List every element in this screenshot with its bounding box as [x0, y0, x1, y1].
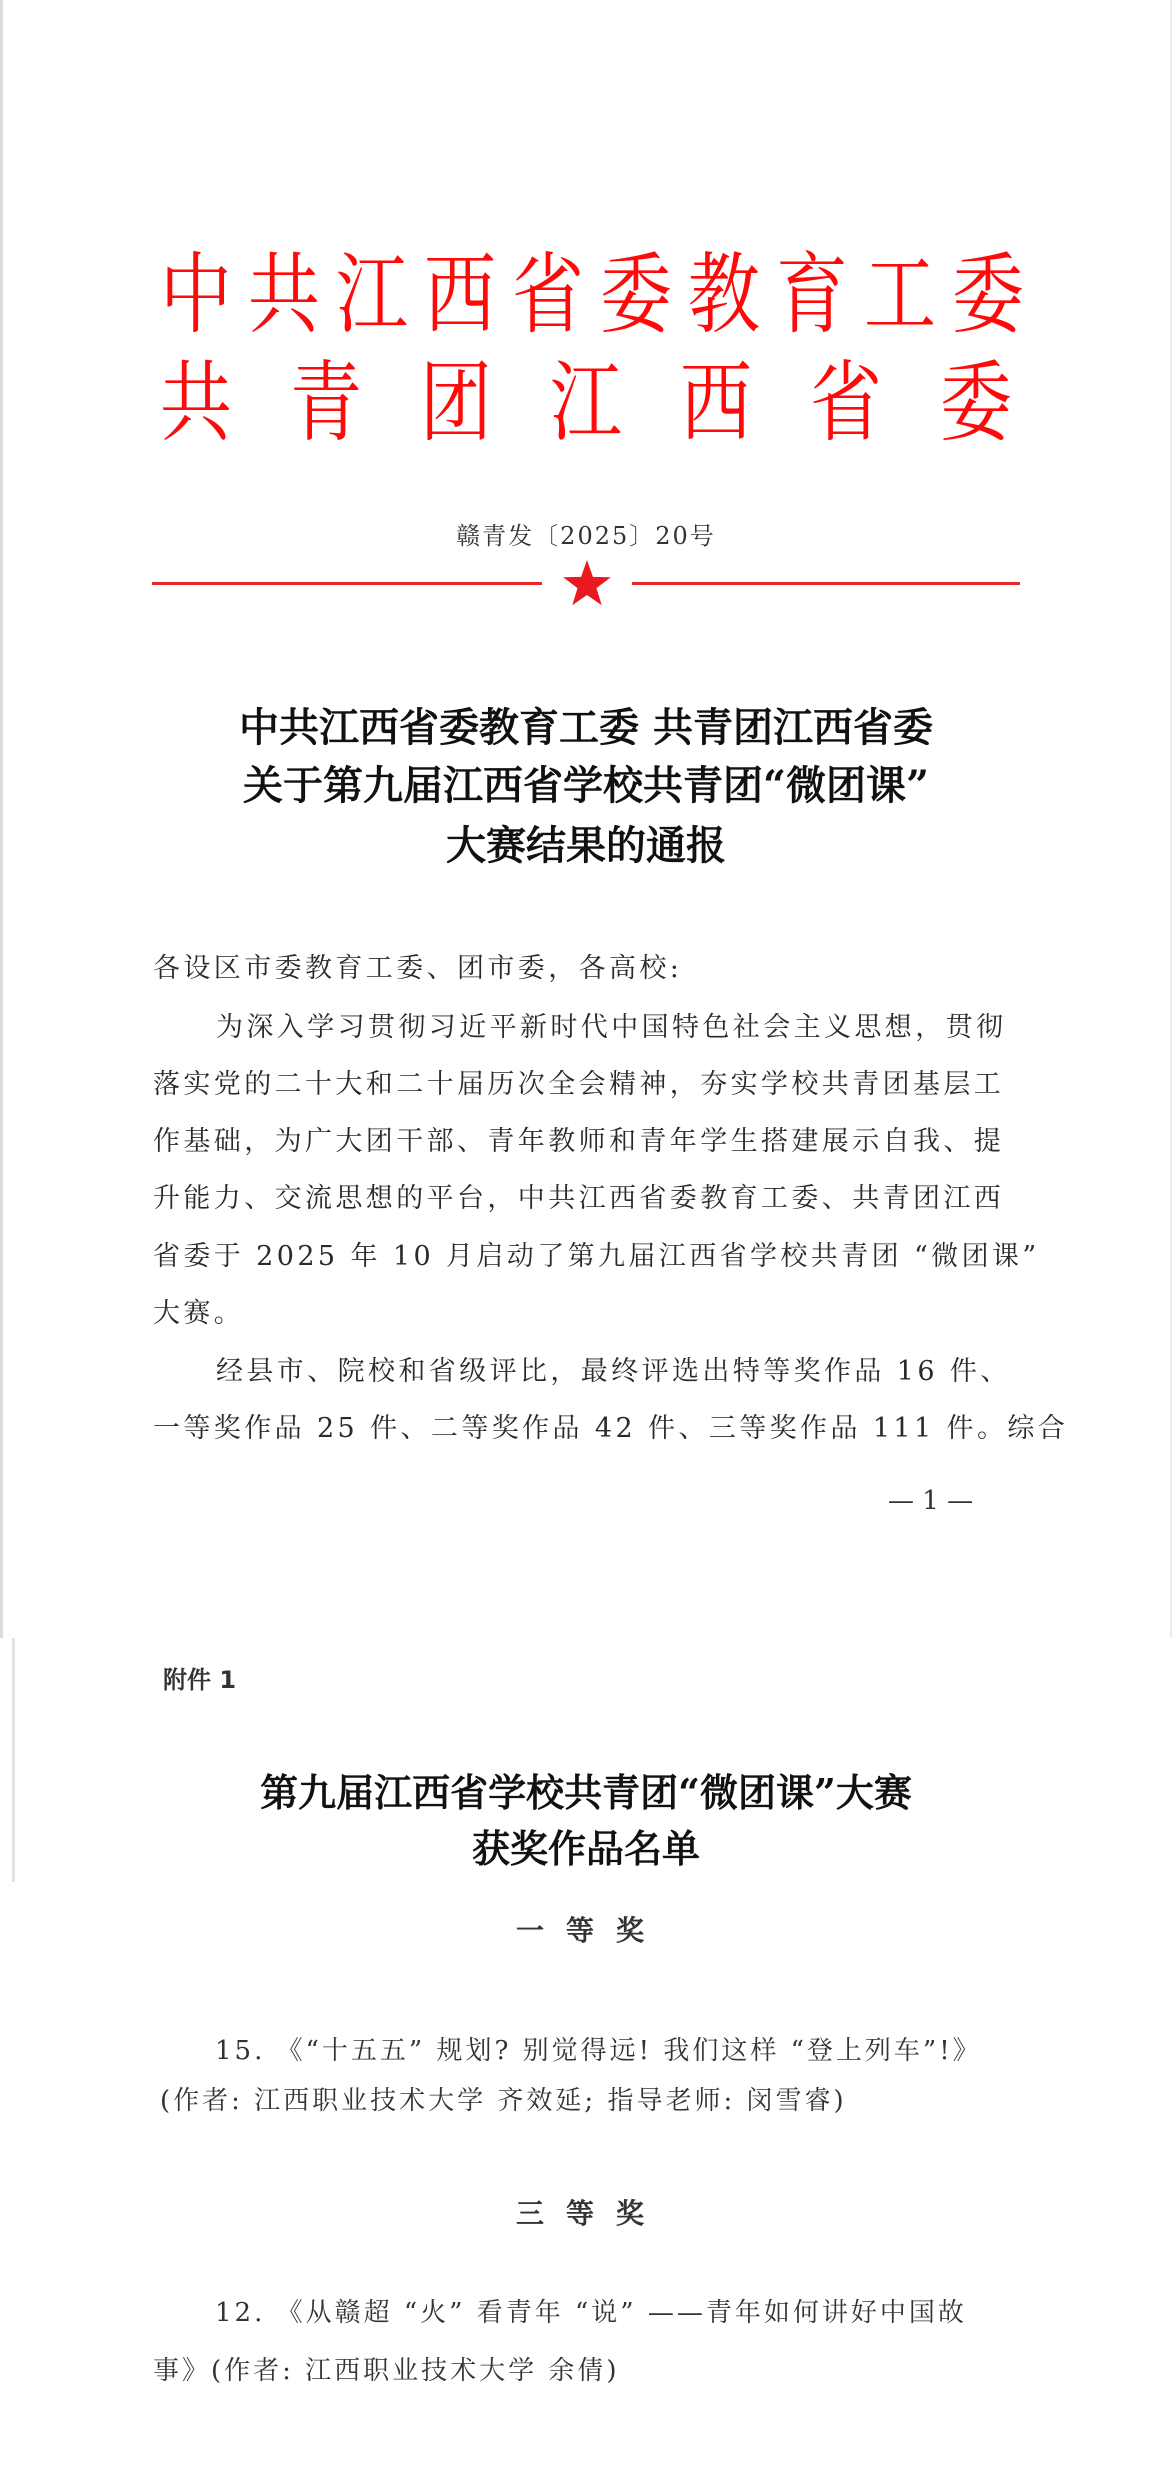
paragraph-line: 大赛。: [153, 1291, 244, 1330]
page-number: — 1 —: [888, 1486, 973, 1516]
letterhead-char: 江: [336, 250, 408, 340]
letterhead-char: 青: [290, 358, 362, 448]
award-item-line-2: (作者: 江西职业技术大学 齐效延; 指导老师: 闵雪睿): [160, 2080, 847, 2117]
letterhead-line-2: 共 青 团 江 西 省 委: [152, 358, 1020, 448]
letterhead-char: 共: [248, 250, 320, 340]
letterhead-char: 教: [688, 250, 760, 340]
award-heading-first-prize: 一等奖: [0, 1909, 1172, 1949]
red-divider-left: [152, 582, 542, 585]
notice-heading-line-2: 关于第九届江西省学校共青团“微团课”: [0, 757, 1172, 815]
annex-title-line-1: 第九届江西省学校共青团“微团课”大赛: [0, 1762, 1172, 1817]
paragraph-line: 省委于 2025 年 10 月启动了第九届江西省学校共青团 “微团课”: [153, 1234, 1040, 1273]
letterhead-char: 委: [952, 250, 1024, 340]
paragraph-line: 作基础，为广大团干部、青年教师和青年学生搭建展示自我、提: [153, 1119, 1004, 1158]
annex-label: 附件 1: [163, 1660, 236, 1695]
letterhead-char: 西: [680, 358, 752, 448]
letterhead-char: 江: [550, 358, 622, 448]
letterhead-char: 团: [420, 358, 492, 448]
paragraph-line: 经县市、院校和省级评比，最终评选出特等奖作品 16 件、: [216, 1349, 1011, 1388]
paragraph-line: 一等奖作品 25 件、二等奖作品 42 件、三等奖作品 111 件。综合: [153, 1406, 1068, 1445]
letterhead-char: 省: [512, 250, 584, 340]
paragraph-line: 落实党的二十大和二十届历次全会精神，夯实学校共青团基层工: [153, 1062, 1004, 1101]
letterhead-char: 委: [600, 250, 672, 340]
notice-heading-line-1: 中共江西省委教育工委 共青团江西省委: [0, 699, 1172, 757]
letterhead-char: 共: [160, 358, 232, 448]
award-item-line-1: 15. 《“十五五” 规划? 别觉得远! 我们这样 “登上列车”!》: [215, 2030, 982, 2067]
document-number: 赣青发〔2025〕20号: [0, 516, 1172, 551]
award-item-line-1: 12. 《从赣超 “火” 看青年 “说” ——青年如何讲好中国故: [215, 2292, 967, 2329]
paragraph-line: 为深入学习贯彻习近平新时代中国特色社会主义思想，贯彻: [216, 1005, 1006, 1044]
paragraph-line: 升能力、交流思想的平台，中共江西省委教育工委、共青团江西: [153, 1176, 1004, 1215]
letterhead-char: 育: [776, 250, 848, 340]
award-item-line-2: 事》(作者: 江西职业技术大学 余倩): [153, 2350, 620, 2387]
letterhead-char: 工: [864, 250, 936, 340]
notice-heading-line-3: 大赛结果的通报: [0, 817, 1172, 875]
red-divider-right: [632, 582, 1020, 585]
letterhead-char: 省: [810, 358, 882, 448]
award-heading-third-prize: 三等奖: [0, 2192, 1172, 2232]
letterhead-char: 西: [424, 250, 496, 340]
letterhead-char: 委: [940, 358, 1012, 448]
salutation: 各设区市委教育工委、团市委，各高校:: [153, 946, 682, 985]
letterhead-char: 中: [160, 250, 232, 340]
red-star-icon: [562, 558, 612, 608]
letterhead-line-1: 中 共 江 西 省 委 教 育 工 委: [152, 250, 1020, 340]
annex-title-line-2: 获奖作品名单: [0, 1818, 1172, 1873]
